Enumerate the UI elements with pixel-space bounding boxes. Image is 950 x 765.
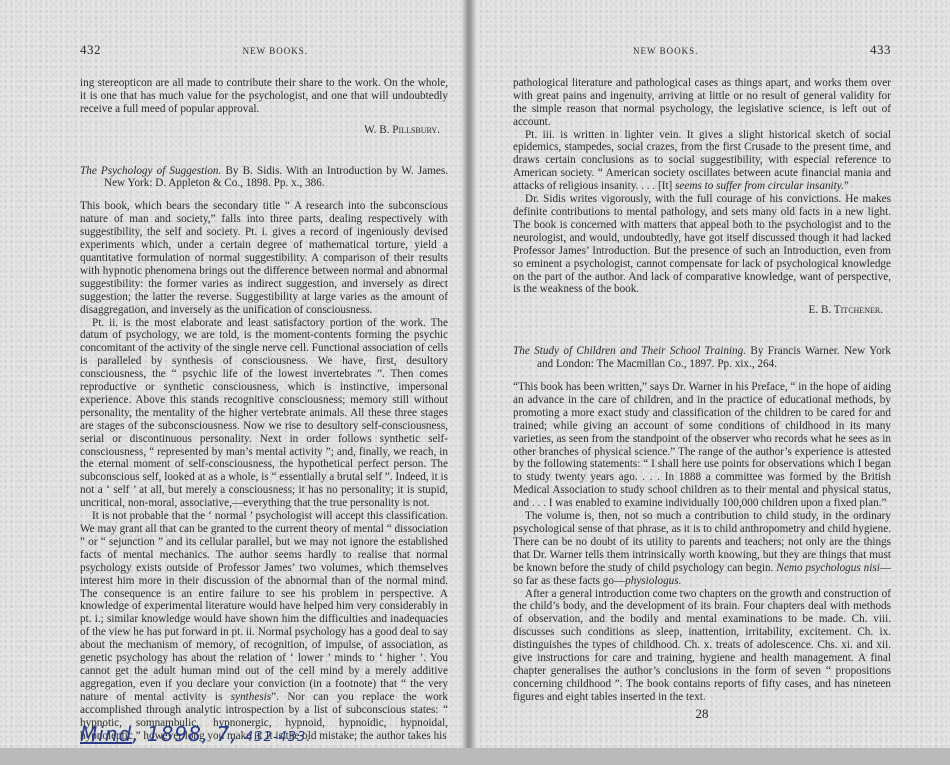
reviewer-signature: W. B. Pillsbury. bbox=[80, 124, 440, 137]
left-page: 432 NEW BOOKS. ing stereopticon are all … bbox=[80, 44, 448, 742]
review-paragraph: It is not probable that the ‘ normal ’ p… bbox=[80, 510, 448, 742]
citation-pages: 432-433. bbox=[245, 730, 311, 745]
book-title: The Psychology of Suggestion. bbox=[80, 165, 221, 177]
review-paragraph: “This book has been written,” says Dr. W… bbox=[513, 381, 891, 510]
emphasis-text: physiologus. bbox=[625, 575, 681, 587]
review-paragraph: Pt. iii. is written in lighter vein. It … bbox=[513, 129, 891, 194]
book-gutter bbox=[462, 0, 476, 748]
handwritten-citation: Mind, 1898, 7, 432-433. bbox=[80, 722, 311, 746]
review-paragraph: Pt. ii. is the most elaborate and least … bbox=[80, 317, 448, 511]
continuation-text: pathological literature and pathological… bbox=[513, 77, 891, 129]
running-head-title: NEW BOOKS. bbox=[633, 45, 698, 58]
journal-name: Mind bbox=[80, 722, 132, 746]
page-number: 433 bbox=[870, 44, 891, 57]
scan-bottom-edge bbox=[0, 748, 950, 765]
continuation-text: ing stereopticon are all made to contrib… bbox=[80, 77, 448, 116]
running-head-right: NEW BOOKS. 433 bbox=[513, 44, 891, 58]
emphasis-text: Nemo psychologus nisi bbox=[776, 562, 879, 574]
paragraph-text: It is not probable that the ‘ normal ’ p… bbox=[80, 510, 448, 703]
running-head-title: NEW BOOKS. bbox=[243, 45, 308, 58]
emphasis-text: seems to suffer from circular insanity. bbox=[675, 180, 844, 192]
book-title: The Study of Children and Their School T… bbox=[513, 345, 746, 357]
review-paragraph: This book, which bears the secondary tit… bbox=[80, 200, 448, 316]
review-paragraph: The volume is, then, not so much a contr… bbox=[513, 510, 891, 587]
review-paragraph: Dr. Sidis writes vigorously, with the fu… bbox=[513, 193, 891, 296]
running-head-left: 432 NEW BOOKS. bbox=[80, 44, 448, 58]
review-heading: The Psychology of Suggestion. By B. Sidi… bbox=[80, 165, 448, 191]
reviewer-signature: E. B. Titchener. bbox=[513, 304, 883, 317]
review-paragraph: After a general introduction come two ch… bbox=[513, 588, 891, 704]
review-heading: The Study of Children and Their School T… bbox=[513, 345, 891, 371]
right-page: NEW BOOKS. 433 pathological literature a… bbox=[513, 44, 891, 721]
signature-mark: 28 bbox=[513, 708, 891, 721]
paragraph-text: ” bbox=[844, 180, 849, 192]
page-number: 432 bbox=[80, 44, 101, 57]
citation-text: , 1898, 7, bbox=[132, 722, 245, 746]
emphasis-text: synthesis bbox=[231, 691, 271, 703]
